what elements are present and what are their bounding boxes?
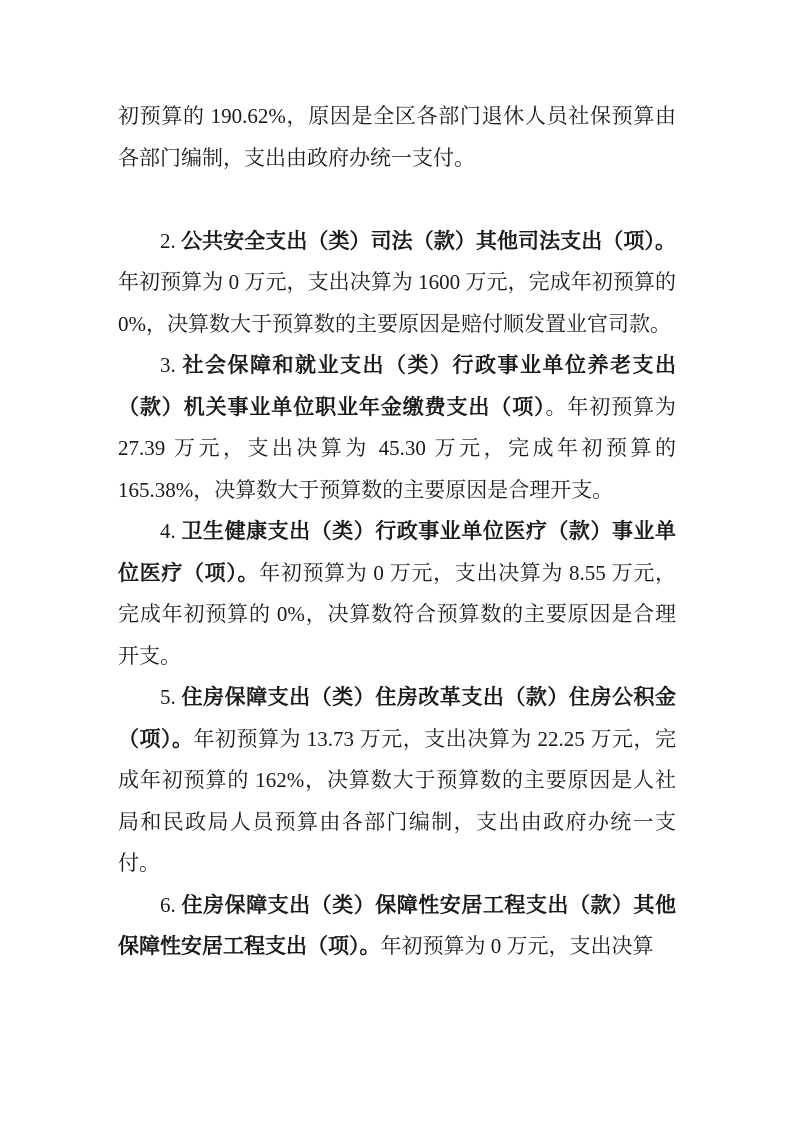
paragraph-body: 年初预算为 0 万元，支出决算 [381,934,654,958]
paragraph-number: 2. [160,229,181,253]
document-content: 初预算的 190.62%，原因是全区各部门退休人员社保预算由各部门编制，支出由政… [118,96,676,1012]
paragraph-item-3: 3. 社会保障和就业支出（类）行政事业单位养老支出（款）机关事业单位职业年金缴费… [118,345,676,511]
paragraph-number: 6. [160,893,182,917]
document-page: 初预算的 190.62%，原因是全区各部门退休人员社保预算由各部门编制，支出由政… [0,0,793,1122]
paragraph-item-2: 2. 公共安全支出（类）司法（款）其他司法支出（项）。年初预算为 0 万元，支出… [118,221,676,346]
blank-line [118,179,676,221]
paragraph-item-4: 4. 卫生健康支出（类）行政事业单位医疗（款）事业单位医疗（项）。年初预算为 0… [118,511,676,677]
paragraph-number: 3. [160,353,183,377]
paragraph-heading: 公共安全支出（类）司法（款）其他司法支出（项）。 [181,229,676,253]
paragraph-item-5: 5. 住房保障支出（类）住房改革支出（款）住房公积金（项）。年初预算为 13.7… [118,677,676,885]
paragraph-continuation: 初预算的 190.62%，原因是全区各部门退休人员社保预算由各部门编制，支出由政… [118,96,676,179]
paragraph-number: 4. [160,519,182,543]
paragraph-body: 年初预算为 0 万元，支出决算为 1600 万元，完成年初预算的 0%，决算数大… [118,270,676,336]
paragraph-number: 5. [160,685,182,709]
paragraph-body: 初预算的 190.62%，原因是全区各部门退休人员社保预算由各部门编制，支出由政… [118,104,676,170]
paragraph-item-6: 6. 住房保障支出（类）保障性安居工程支出（款）其他保障性安居工程支出（项）。年… [118,885,676,968]
paragraph-body: 年初预算为 13.73 万元，支出决算为 22.25 万元，完成年初预算的 16… [118,727,676,876]
